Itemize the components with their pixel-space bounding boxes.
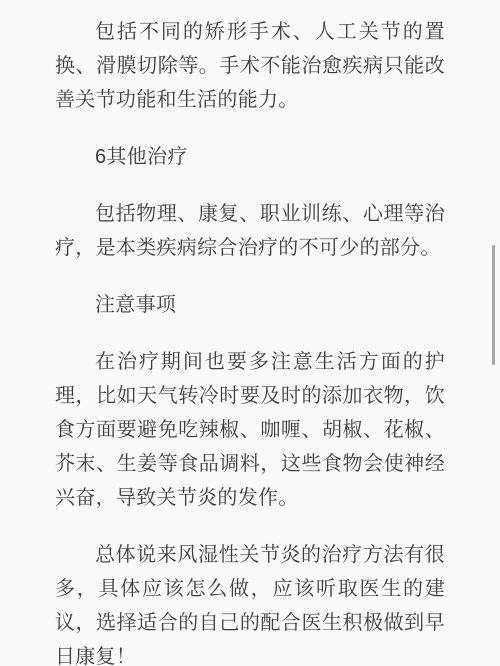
paragraph: 包括物理、康复、职业训练、心理等治疗，是本类疾病综合治疗的不可少的部分。: [55, 197, 445, 265]
heading: 注意事项: [55, 288, 445, 322]
paragraph: 包括不同的矫形手术、人工关节的置换、滑膜切除等。手术不能治愈疾病只能改善关节功能…: [55, 15, 445, 117]
scrollbar-thumb[interactable]: [492, 245, 495, 365]
page: 包括不同的矫形手术、人工关节的置换、滑膜切除等。手术不能治愈疾病只能改善关节功能…: [0, 0, 500, 666]
document-body: 包括不同的矫形手术、人工关节的置换、滑膜切除等。手术不能治愈疾病只能改善关节功能…: [0, 0, 500, 666]
heading: 6其他治疗: [55, 140, 445, 174]
paragraph: 在治疗期间也要多注意生活方面的护理，比如天气转冷时要及时的添加衣物，饮食方面要避…: [55, 345, 445, 515]
paragraph: 总体说来风湿性关节炎的治疗方法有很多，具体应该怎么做，应该听取医生的建议，选择适…: [55, 538, 445, 666]
